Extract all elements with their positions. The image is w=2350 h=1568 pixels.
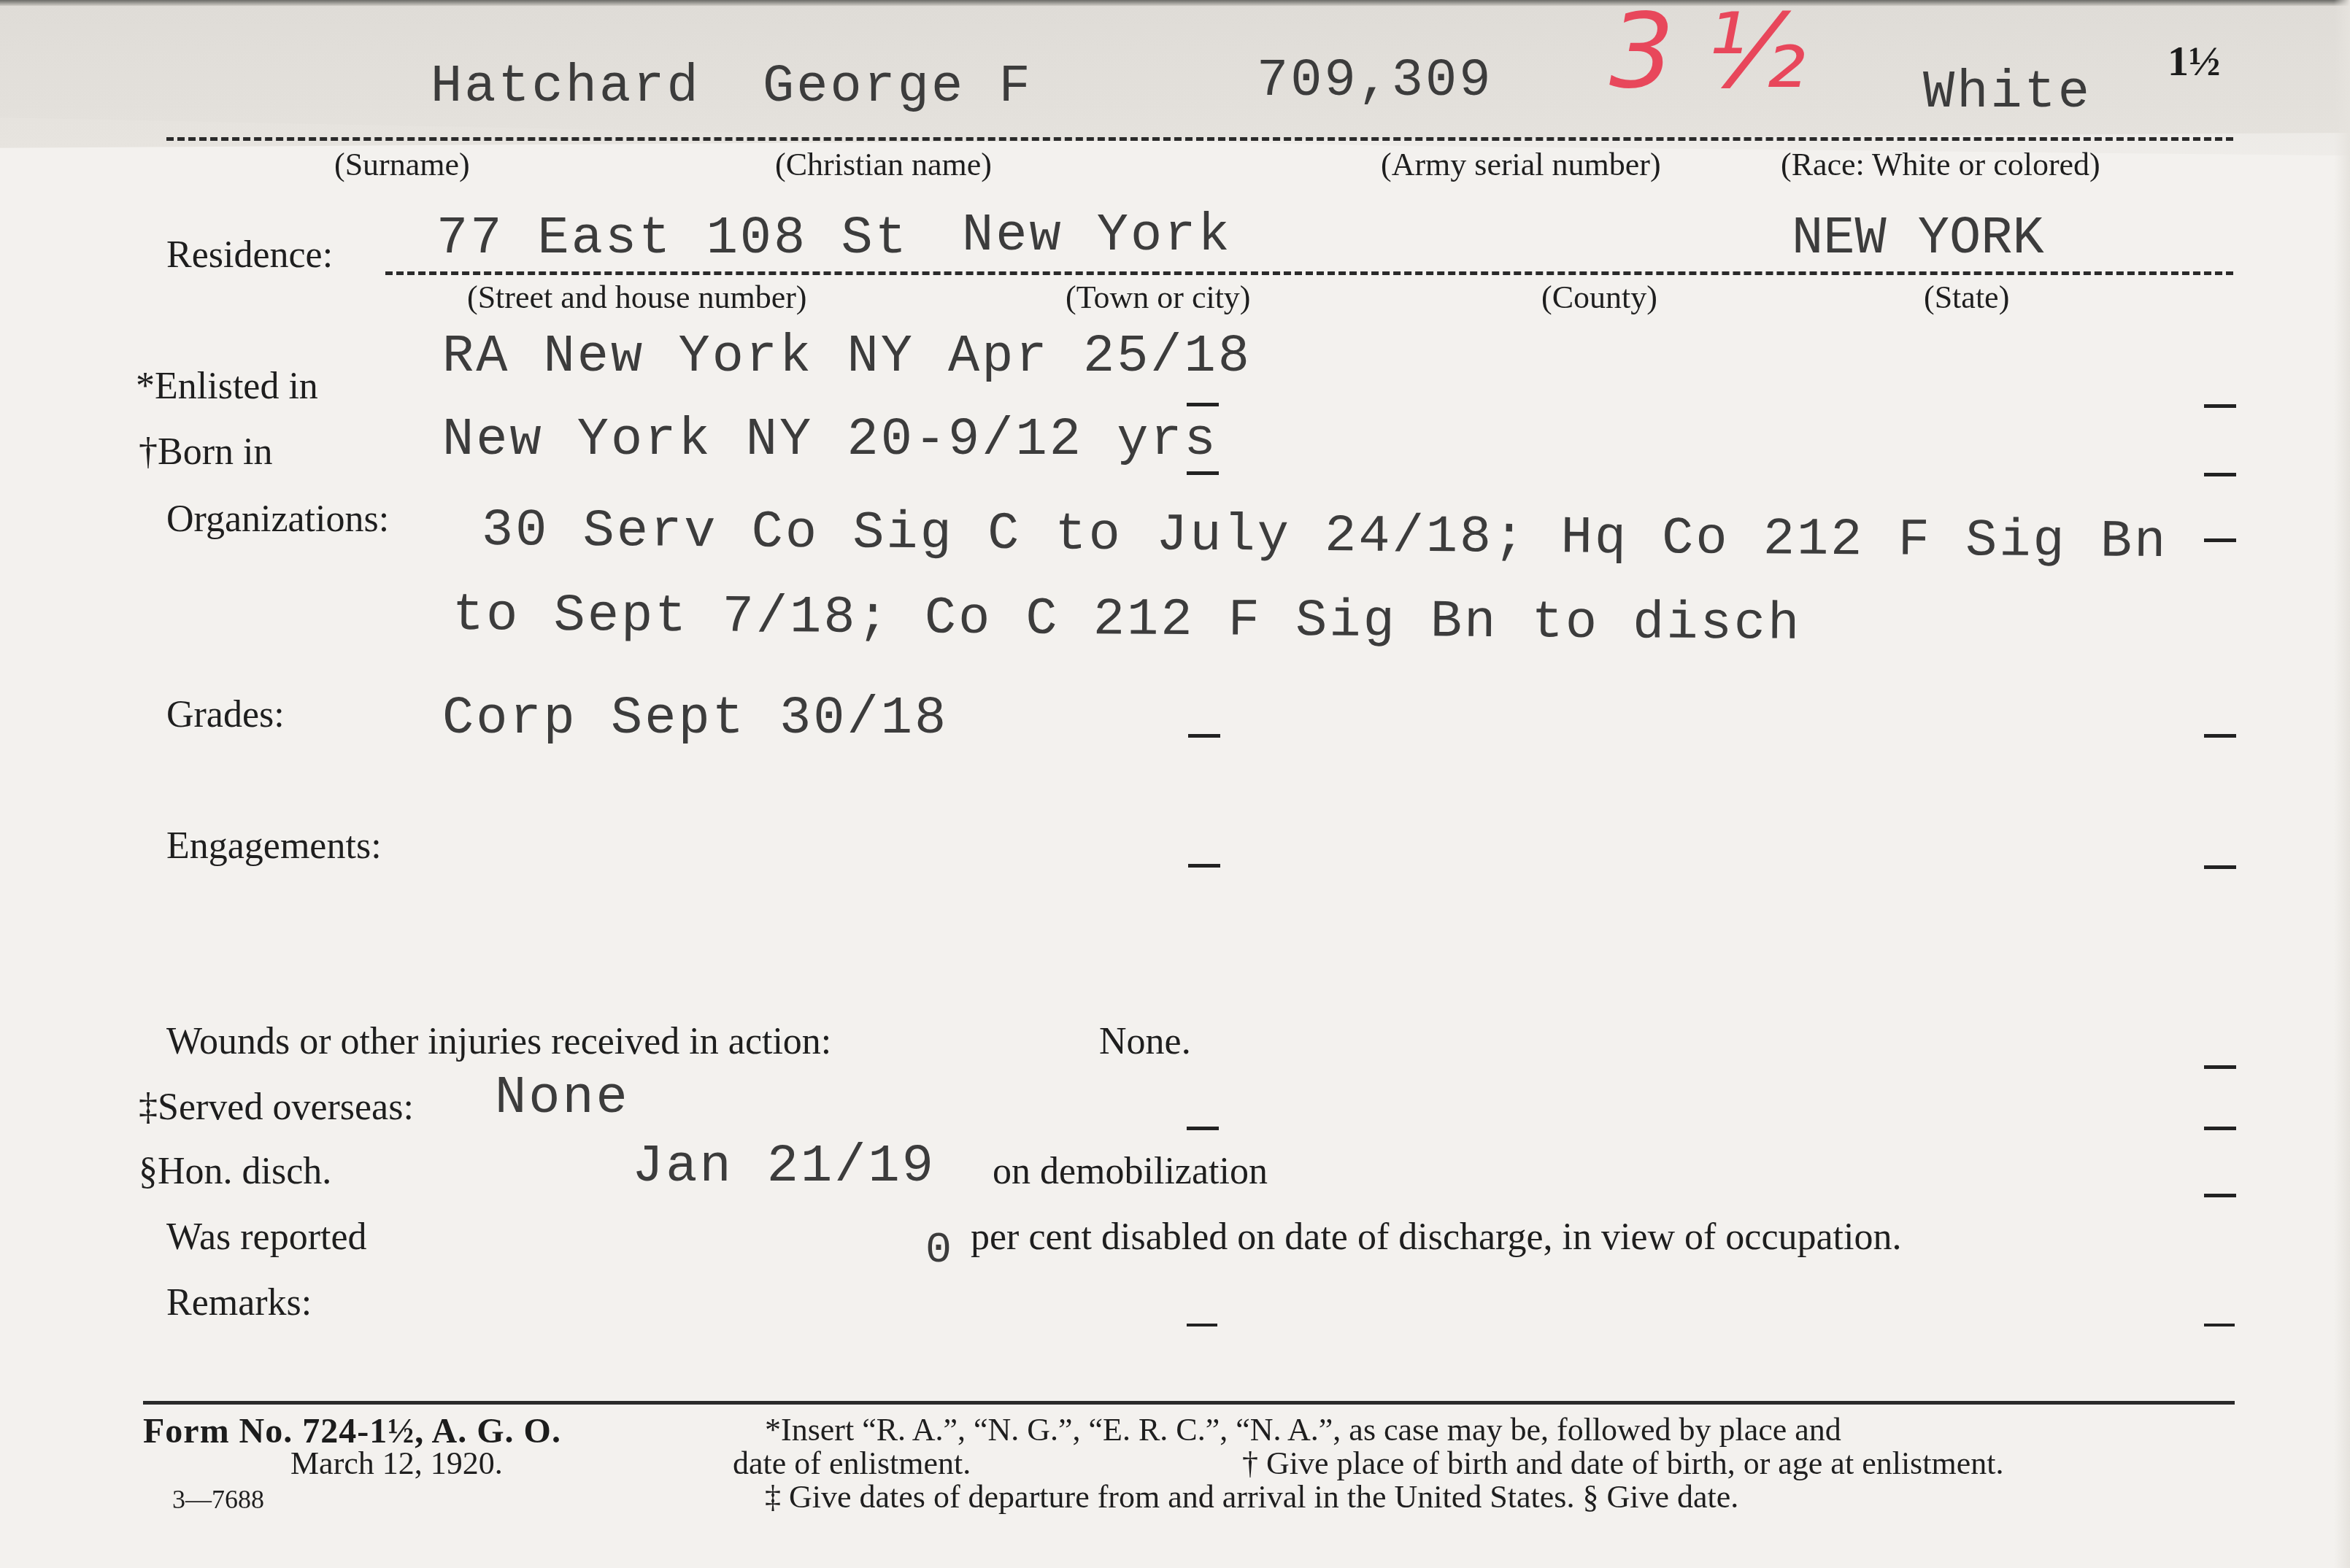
tick-right-organizations <box>2204 538 2236 542</box>
caption-county: (County) <box>1541 279 1657 316</box>
caption-christian-name: (Christian name) <box>775 146 992 183</box>
footer-rule <box>143 1401 2235 1405</box>
remarks-label: Remarks: <box>166 1281 312 1324</box>
caption-street: (Street and house number) <box>467 279 807 316</box>
card-top-edge <box>0 0 2350 6</box>
tick-mid-served <box>1187 1127 1219 1130</box>
born-value: New York NY 20-9/12 yrs <box>442 410 1218 470</box>
tick-right-born <box>2204 473 2236 476</box>
christian-name-value: George F <box>763 57 1033 117</box>
enlisted-value: RA New York NY Apr 25/18 <box>442 327 1252 387</box>
red-handwritten-mark: 3 ½ <box>1609 0 1806 112</box>
disability-percent-value: 0 <box>925 1226 954 1275</box>
tick-right-hon-disch <box>2204 1194 2236 1197</box>
wounds-label: Wounds or other injuries received in act… <box>166 1020 831 1063</box>
served-overseas-value: None <box>495 1068 630 1128</box>
engagements-label: Engagements: <box>166 824 382 868</box>
footnote-birth: † Give place of birth and date of birth,… <box>1242 1445 2003 1482</box>
footnote-insert-line2: date of enlistment. <box>733 1445 971 1482</box>
race-value: White <box>1923 63 2092 123</box>
wounds-value: None. <box>1099 1020 1191 1063</box>
caption-surname: (Surname) <box>334 146 470 183</box>
was-reported-suffix: per cent disabled on date of discharge, … <box>971 1216 1902 1259</box>
tick-mid-grades <box>1188 734 1220 738</box>
residence-dashed-line <box>385 271 2233 275</box>
caption-town: (Town or city) <box>1066 279 1251 316</box>
grades-value: Corp Sept 30/18 <box>442 689 948 749</box>
was-reported-label: Was reported <box>166 1216 366 1259</box>
asterisk-marker: * <box>136 366 155 407</box>
tick-right-engagements <box>2204 865 2236 869</box>
print-code: 3—7688 <box>172 1484 264 1515</box>
corner-mark: 1½ <box>2168 36 2221 85</box>
footnote-overseas-and-date: ‡ Give dates of departure from and arriv… <box>765 1478 1738 1515</box>
organizations-line-1: 30 Serv Co Sig C to July 24/18; Hq Co 21… <box>482 501 2168 572</box>
residence-town-value: New York <box>962 206 1232 266</box>
tick-mid-remarks <box>1187 1324 1217 1326</box>
grades-label: Grades: <box>166 693 285 736</box>
organizations-line-2: to Sept 7/18; Co C 212 F Sig Bn to disch <box>452 585 1802 654</box>
residence-street-value: 77 East 108 St <box>436 209 909 269</box>
enlisted-label: *Enlisted in <box>136 365 318 408</box>
caption-serial-number: (Army serial number) <box>1381 146 1661 183</box>
tick-right-grades <box>2204 734 2236 738</box>
hon-disch-label: §Hon. disch. <box>139 1150 331 1193</box>
caption-race: (Race: White or colored) <box>1781 146 2100 183</box>
born-label: †Born in <box>139 430 272 474</box>
surname-value: Hatchard <box>431 57 701 117</box>
double-dagger-marker: ‡ <box>139 1086 158 1128</box>
section-marker: § <box>139 1151 158 1192</box>
dagger-marker: † <box>139 431 158 473</box>
footnote-insert-line1: *Insert “R. A.”, “N. G.”, “E. R. C.”, “N… <box>765 1411 1841 1448</box>
form-date: March 12, 1920. <box>290 1445 503 1482</box>
tick-mid-engagements <box>1188 864 1220 868</box>
serial-number-value: 709,309 <box>1257 51 1492 111</box>
tick-right-served <box>2204 1127 2236 1130</box>
residence-state-value: NEW YORK <box>1792 209 2044 269</box>
hon-disch-date: Jan 21/19 <box>632 1137 936 1197</box>
hon-disch-reason: on demobilization <box>993 1150 1268 1193</box>
card-right-edge <box>2334 0 2350 1568</box>
tick-mid-enlisted <box>1187 403 1219 406</box>
caption-state: (State) <box>1924 279 2009 316</box>
row1-dashed-line <box>166 137 2233 141</box>
tick-mid-born <box>1187 471 1219 475</box>
tick-right-enlisted <box>2204 404 2236 408</box>
tick-right-wounds <box>2204 1065 2236 1069</box>
tick-right-remarks <box>2204 1324 2235 1326</box>
organizations-label: Organizations: <box>166 498 389 541</box>
residence-label: Residence: <box>166 233 333 277</box>
served-overseas-label: ‡Served overseas: <box>139 1086 414 1129</box>
